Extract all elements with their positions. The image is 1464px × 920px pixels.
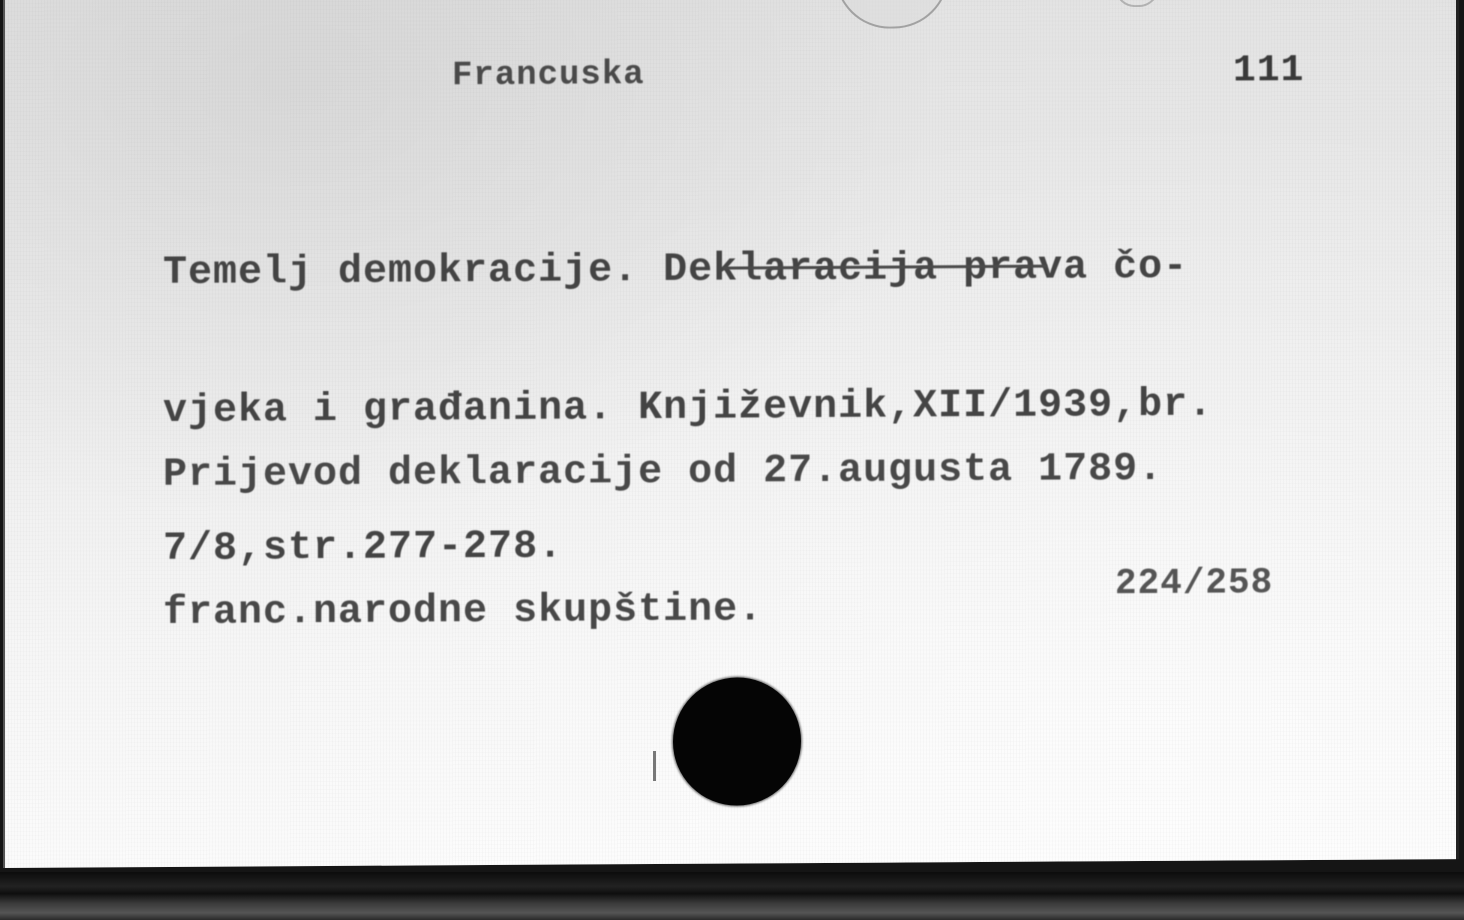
catalog-card: Francuska 111 Temelj demokracije. Deklar…	[3, 0, 1459, 868]
stain-mark	[835, 0, 949, 29]
scanner-edge	[0, 872, 1464, 920]
card-heading: Francuska	[452, 56, 645, 95]
entry-2-line-1: Prijevod deklaracije od 27.augusta 1789.	[163, 447, 1163, 499]
shelfmark: 224/258	[1115, 562, 1273, 604]
entry-2-line-2: franc.narodne skupštine.	[163, 585, 1163, 637]
punch-hole-icon	[673, 677, 801, 806]
entry-1-line-1: Temelj demokracije. Deklaracija prava čo…	[163, 245, 1213, 297]
stain-mark-small	[1115, 0, 1159, 7]
punch-mark	[653, 751, 656, 781]
scanned-catalog-card: Francuska 111 Temelj demokracije. Deklar…	[0, 0, 1464, 920]
card-number: 111	[1233, 49, 1304, 92]
entry-2: Prijevod deklaracije od 27.augusta 1789.…	[163, 355, 1163, 729]
